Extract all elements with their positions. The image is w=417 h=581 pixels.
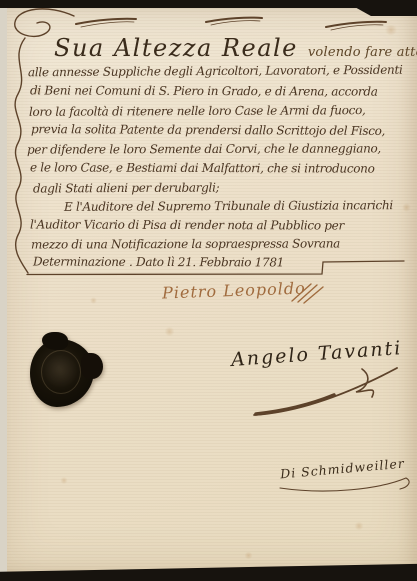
foxing-spot [90, 297, 97, 304]
wax-seal-emboss [41, 350, 81, 394]
foxing-spot [354, 522, 364, 530]
foxing-spot [402, 203, 411, 212]
body-line: dagli Stati alieni per derubargli; [33, 181, 219, 196]
heading-continuation: volendo fare attenzione [308, 45, 417, 60]
body-line: mezzo di una Notificazione la sopraespre… [31, 236, 340, 251]
foxing-spot [60, 477, 68, 484]
body-line: E l'Auditore del Supremo Tribunale di Gi… [64, 198, 393, 214]
body-line: e le loro Case, e Bestiami dai Malfattor… [30, 160, 375, 175]
document-heading-row: Sua Altezza Reale volendo fare attenzion… [54, 34, 417, 62]
body-line: alle annesse Suppliche degli Agricoltori… [28, 63, 403, 80]
scanner-edge-strip [0, 0, 7, 575]
foxing-spot [244, 552, 253, 559]
body-line: per difendere le loro Semente dai Corvi,… [27, 141, 381, 156]
body-line: l'Auditor Vicario di Pisa di render nota… [30, 217, 344, 232]
date-line: Determinazione . Dato lì 21. Febbraio 17… [33, 255, 284, 270]
document-heading: Sua Altezza Reale [54, 34, 298, 62]
foxing-spot [164, 327, 175, 336]
body-line: loro la facoltà di ritenere nelle loro C… [29, 103, 366, 119]
scanned-document: Sua Altezza Reale volendo fare attenzion… [0, 0, 417, 581]
body-line: di Beni nei Comuni di S. Piero in Grado,… [30, 83, 378, 98]
body-line: previa la solita Patente da prendersi da… [31, 122, 385, 138]
